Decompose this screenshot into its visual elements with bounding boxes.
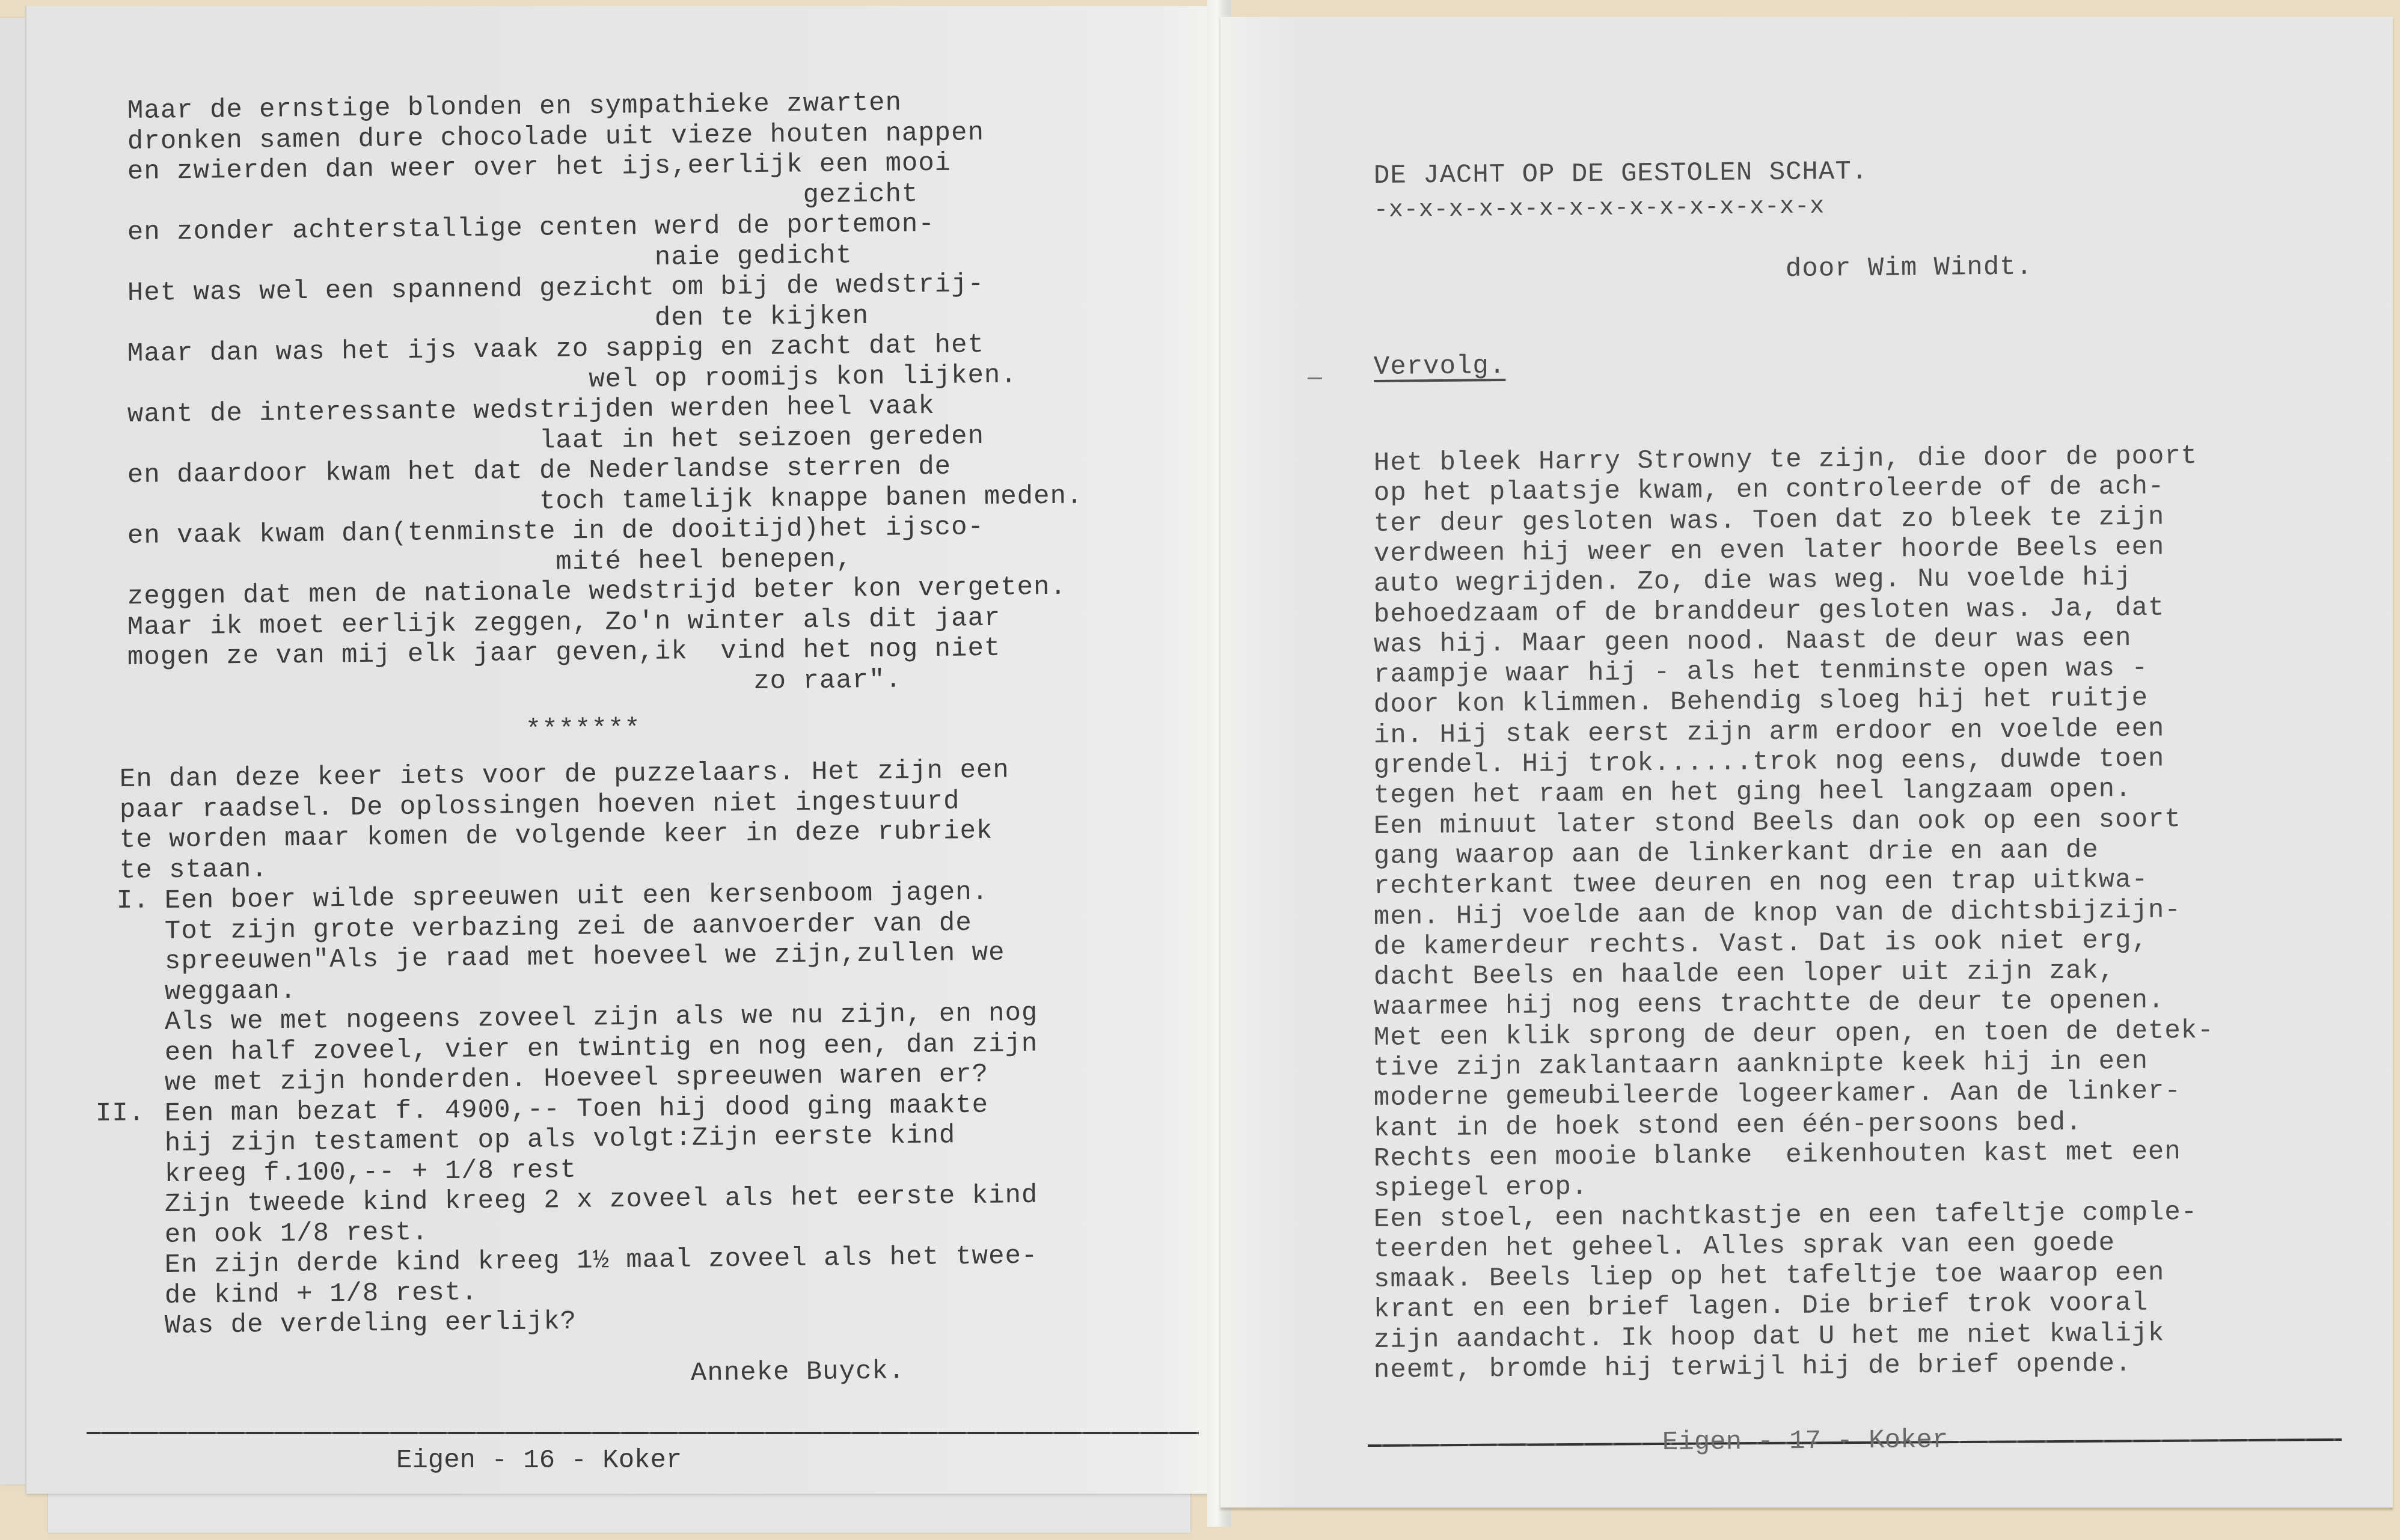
puzzle-numeral: I. xyxy=(117,885,150,916)
story-title: DE JACHT OP DE GESTOLEN SCHAT. xyxy=(1374,157,1869,191)
section-heading: Vervolg. xyxy=(1374,351,1506,382)
signature: Anneke Buyck. xyxy=(691,1356,905,1389)
story-line: neemt, bromde hij terwijl hij de brief o… xyxy=(1374,1349,2132,1386)
story-line: Rechts een mooie blanke eikenhouten kast… xyxy=(1374,1137,2181,1174)
puzzle-numeral: II. xyxy=(96,1098,145,1129)
puzzle-line: en ook 1/8 rest. xyxy=(165,1217,429,1250)
story-line: spiegel erop. xyxy=(1374,1172,1588,1204)
intro-line: te staan. xyxy=(120,854,268,886)
page-17: DE JACHT OP DE GESTOLEN SCHAT. -x-x-x-x-… xyxy=(1220,17,2393,1508)
puzzle-line: de kind + 1/8 rest. xyxy=(165,1277,478,1310)
page-footer: Eigen - 16 - Koker xyxy=(396,1446,682,1476)
puzzle-line: Was de verdeling eerlijk? xyxy=(165,1307,577,1341)
footer-rule xyxy=(87,1432,1199,1434)
page-footer: Eigen - 17 - Koker xyxy=(1662,1425,1948,1458)
byline: door Wim Windt. xyxy=(1786,252,2033,284)
title-decoration: -x-x-x-x-x-x-x-x-x-x-x-x-x-x-x xyxy=(1374,192,1825,226)
page-16: Maar de ernstige blonden en sympathieke … xyxy=(25,6,1214,1494)
margin-mark xyxy=(1308,377,1322,379)
separator: ******* xyxy=(525,714,641,745)
puzzle-line: weggaan. xyxy=(165,976,297,1007)
puzzle-line: kreeg f.100,-- + 1/8 rest xyxy=(165,1155,577,1189)
